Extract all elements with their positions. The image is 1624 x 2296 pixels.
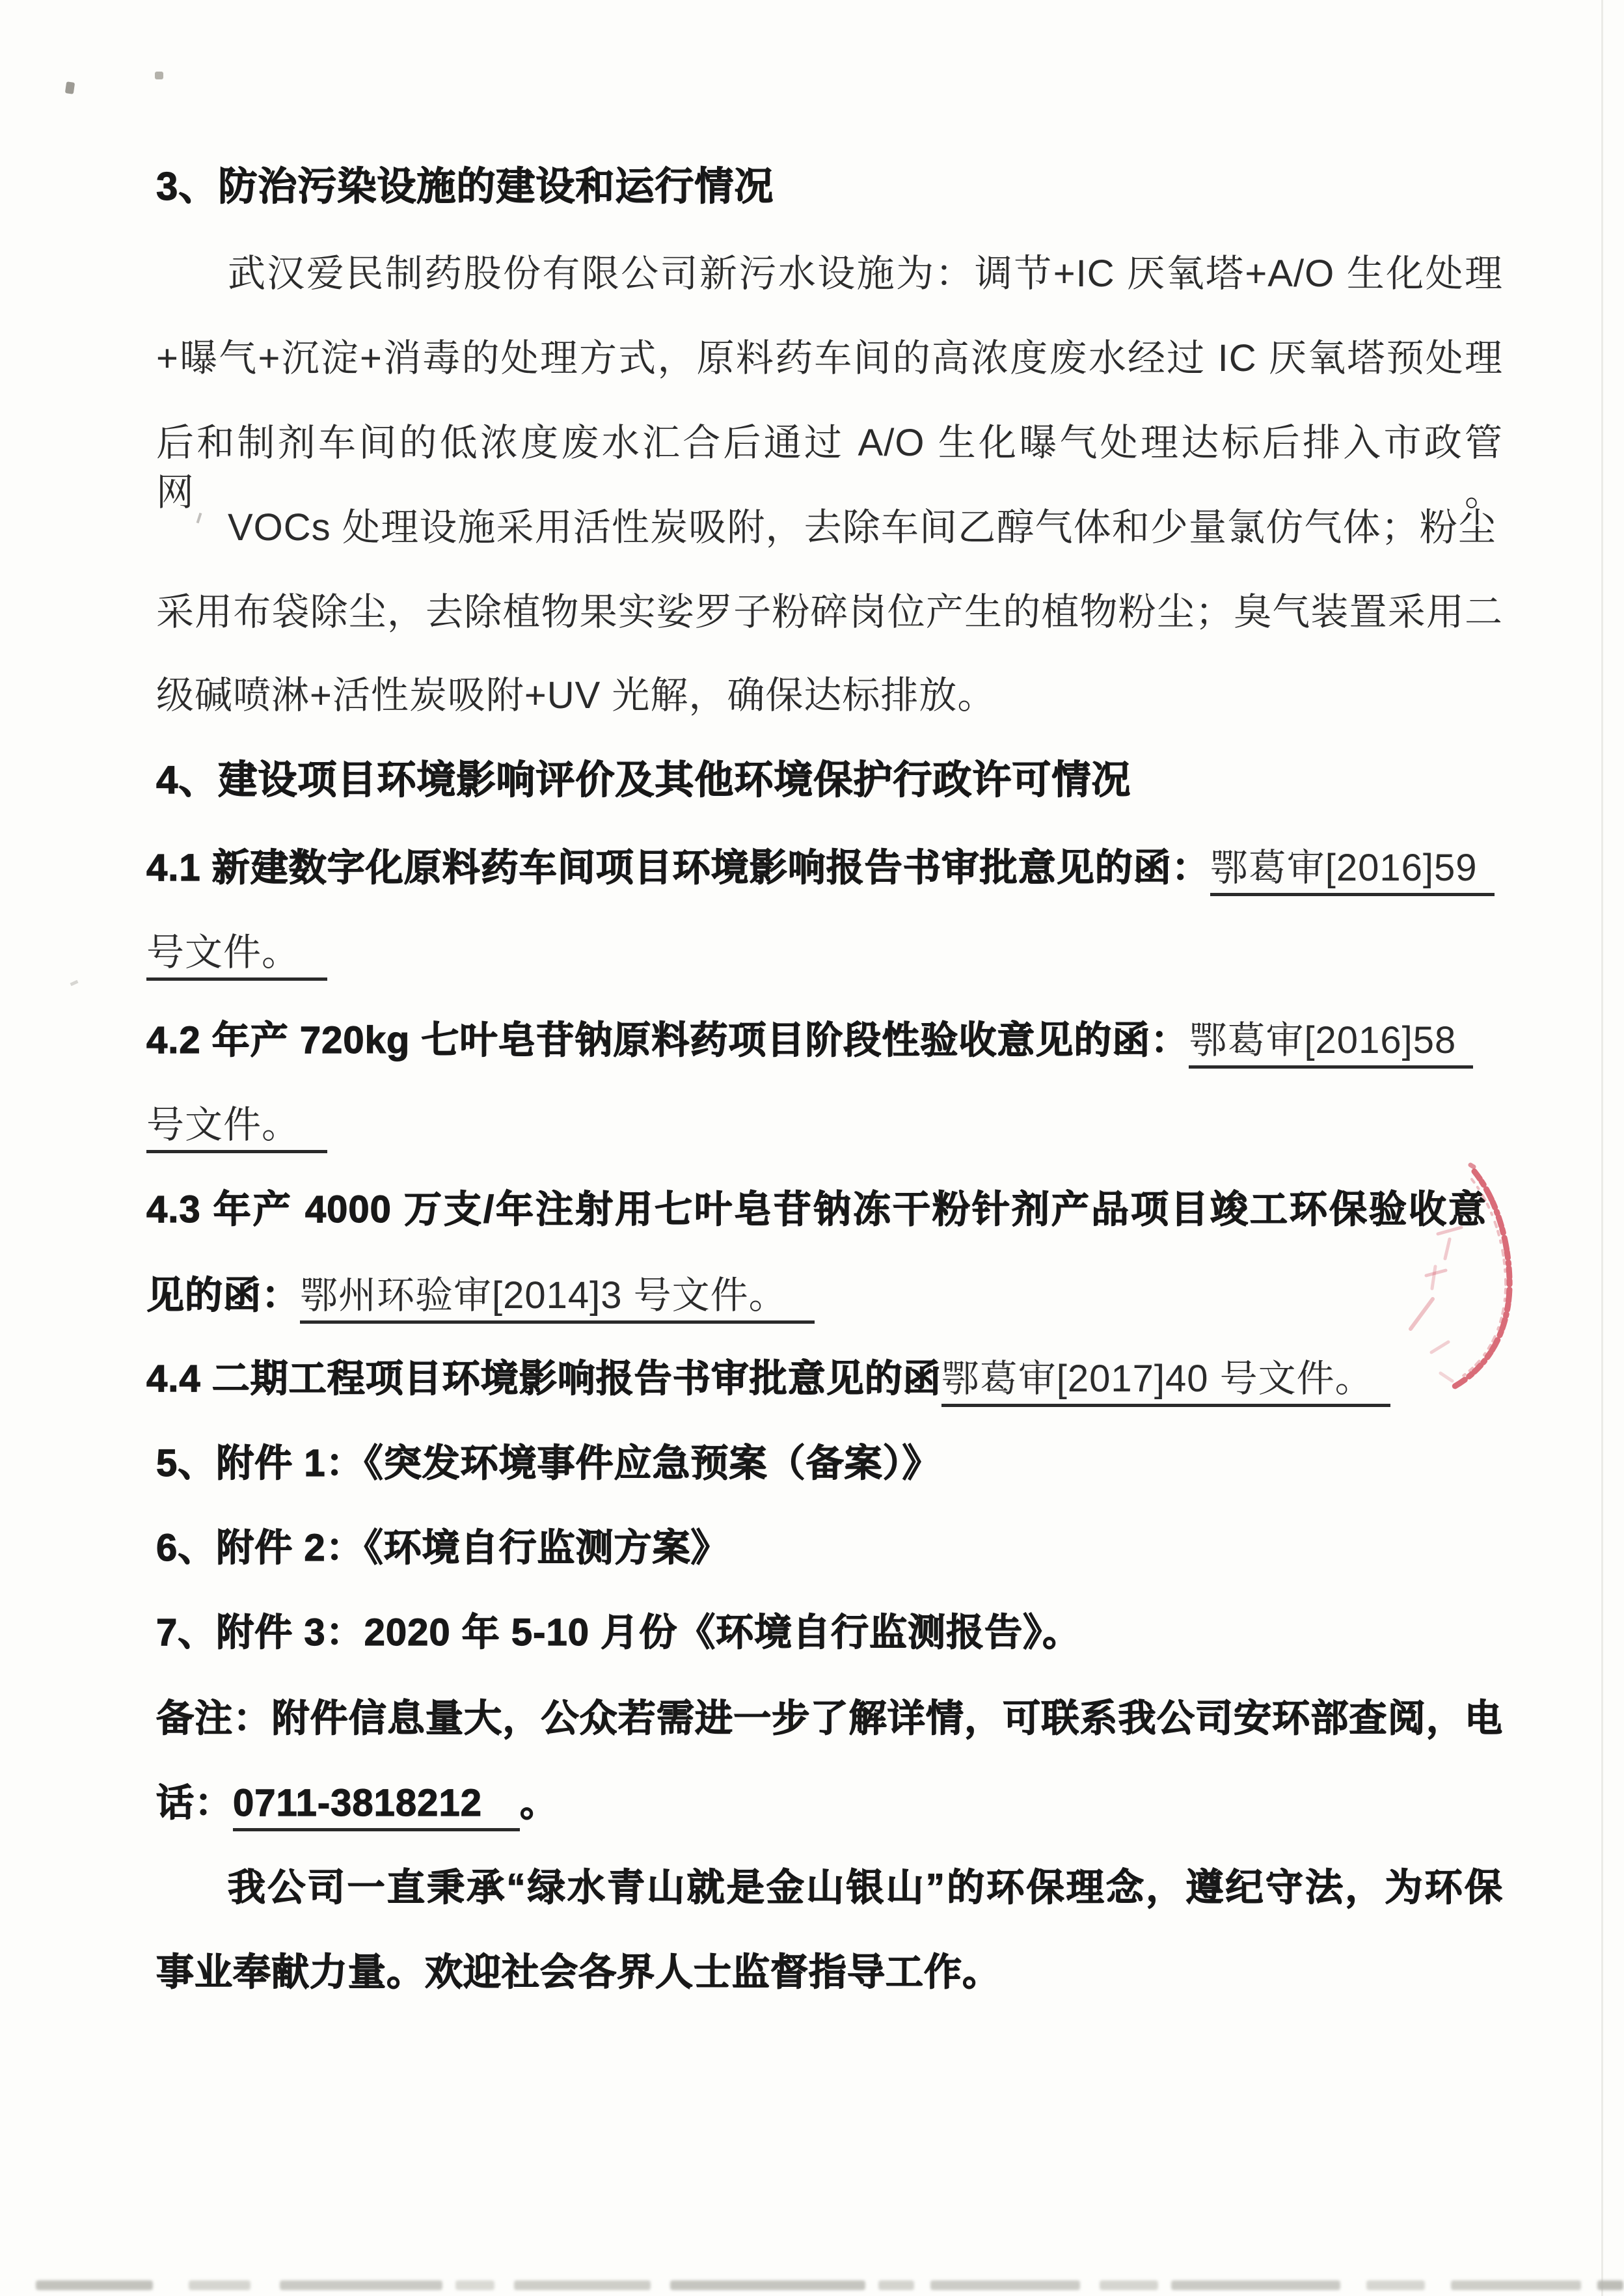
section-heading-eia-permits: 4、建设项目环境影响评价及其他环境保护行政许可情况 <box>156 756 1131 805</box>
remark-line-1: 备注：附件信息量大，公众若需进一步了解详情，可联系我公司安环部查阅，电 <box>156 1694 1503 1743</box>
next-page-bleed-through <box>0 2275 1624 2296</box>
section-heading-pollution-control-facilities: 3、防治污染设施的建设和运行情况 <box>156 162 774 212</box>
paragraph-wastewater-line-2: +曝气+沉淀+消毒的处理方式，原料药车间的高浓度废水经过 IC 厌氧塔预处理 <box>156 334 1503 383</box>
item-4-1: 4.1 新建数字化原料药车间项目环境影响报告书审批意见的函：鄂葛审[2016]5… <box>146 843 1495 893</box>
phone-number: 0711-3818212 <box>233 1782 520 1831</box>
remark-line-2-phone: 话：0711-3818212。 <box>156 1779 558 1828</box>
item-4-4-document-ref: 鄂葛审[2017]40 号文件。 <box>941 1358 1390 1407</box>
paragraph-vocs-line-3: 级碱喷淋+活性炭吸附+UV 光解，确保达标排放。 <box>156 671 995 720</box>
paragraph-wastewater-line-1: 武汉爱民制药股份有限公司新污水设施为：调节+IC 厌氧塔+A/O 生化处理 <box>228 249 1503 299</box>
scanned-document-page: 3、防治污染设施的建设和运行情况 武汉爱民制药股份有限公司新污水设施为：调节+I… <box>0 0 1624 2296</box>
item-4-4: 4.4 二期工程项目环境影响报告书审批意见的函鄂葛审[2017]40 号文件。 <box>146 1354 1390 1404</box>
closing-statement-line-2: 事业奉献力量。欢迎社会各界人士监督指导工作。 <box>156 1948 1001 1997</box>
item-5-attachment-1: 5、附件 1：《突发环境事件应急预案（备案）》 <box>156 1439 941 1488</box>
item-4-3-continuation: 见的函：鄂州环验审[2014]3 号文件。 <box>146 1271 815 1320</box>
scan-speck <box>155 72 163 79</box>
item-4-2: 4.2 年产 720kg 七叶皂苷钠原料药项目阶段性验收意见的函：鄂葛审[201… <box>146 1016 1473 1065</box>
closing-statement-line-1: 我公司一直秉承“绿水青山就是金山银山”的环保理念，遵纪守法，为环保 <box>228 1863 1503 1913</box>
item-7-attachment-3: 7、附件 3：2020 年 5-10 月份《环境自行监测报告》。 <box>156 1608 1081 1658</box>
scan-speck <box>65 81 75 94</box>
item-4-1-document-ref: 鄂葛审[2016]59 <box>1210 847 1495 896</box>
phone-label: 话： <box>156 1782 233 1824</box>
scan-mark <box>70 980 79 987</box>
item-4-4-label: 4.4 二期工程项目环境影响报告书审批意见的函 <box>146 1358 941 1400</box>
red-seal-stamp-partial <box>1392 1157 1624 1430</box>
phone-period: 。 <box>520 1782 558 1824</box>
item-6-attachment-2: 6、附件 2：《环境自行监测方案》 <box>156 1524 729 1573</box>
paragraph-vocs-line-2: 采用布袋除尘，去除植物果实娑罗子粉碎岗位产生的植物粉尘；臭气装置采用二 <box>156 588 1503 637</box>
item-4-1-document-ref-continued: 号文件。 <box>146 931 327 981</box>
paragraph-vocs-line-1: VOCs 处理设施采用活性炭吸附，去除车间乙醇气体和少量氯仿气体；粉尘 <box>228 503 1496 553</box>
item-4-1-continuation: 号文件。 <box>146 928 327 977</box>
item-4-2-document-ref: 鄂葛审[2016]58 <box>1189 1019 1473 1069</box>
item-4-2-document-ref-continued: 号文件。 <box>146 1104 327 1153</box>
item-4-2-label: 4.2 年产 720kg 七叶皂苷钠原料药项目阶段性验收意见的函： <box>146 1019 1189 1061</box>
item-4-2-continuation: 号文件。 <box>146 1100 327 1150</box>
item-4-3-label-continued: 见的函： <box>146 1274 300 1317</box>
item-4-3: 4.3 年产 4000 万支/年注射用七叶皂苷钠冻干粉针剂产品项目竣工环保验收意 <box>146 1185 1487 1235</box>
item-4-1-label: 4.1 新建数字化原料药车间项目环境影响报告书审批意见的函： <box>146 847 1210 889</box>
scanner-edge-line <box>1601 0 1603 2296</box>
item-4-3-document-ref: 鄂州环验审[2014]3 号文件。 <box>300 1274 815 1324</box>
